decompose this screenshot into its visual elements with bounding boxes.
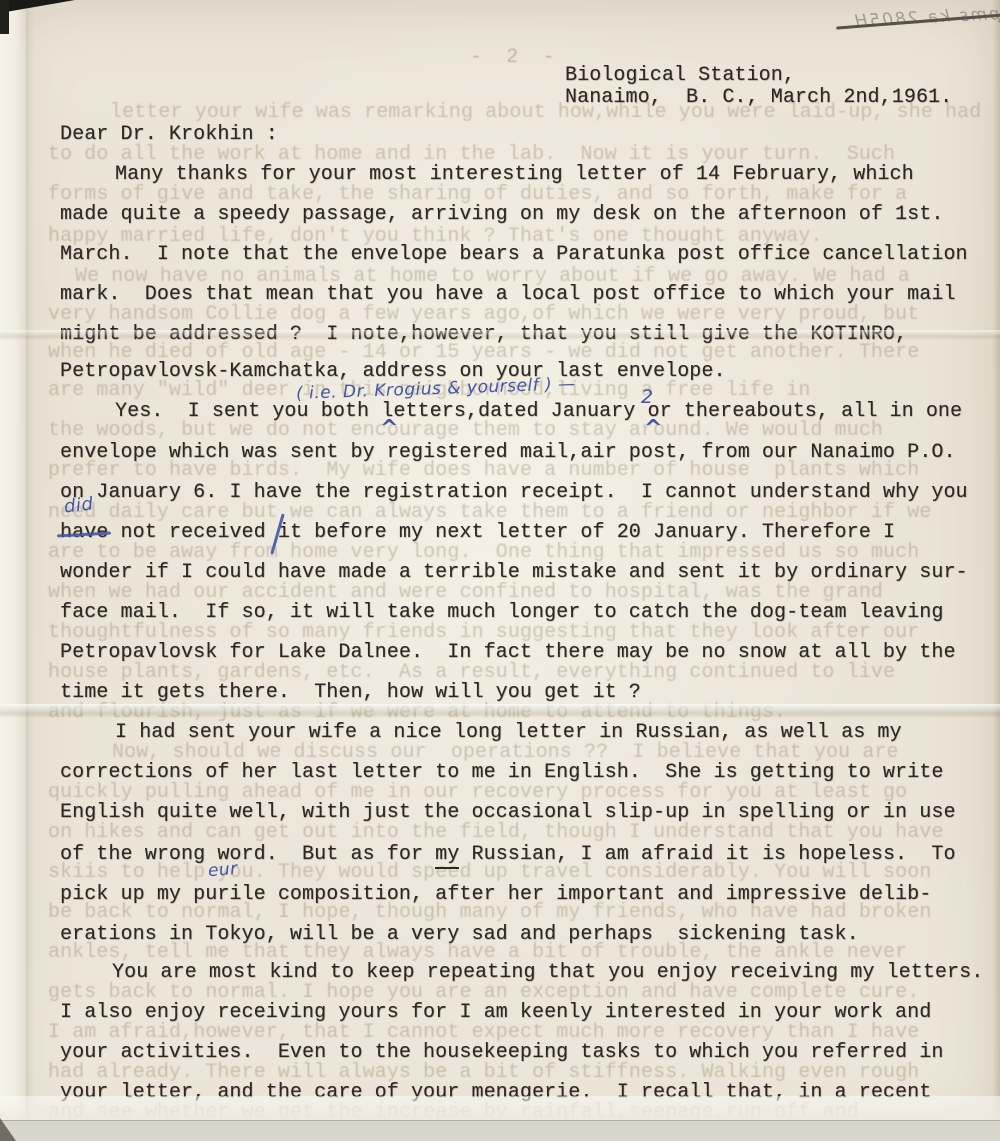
fold-crease-middle [0, 704, 1000, 718]
caret-january: ^ [644, 416, 663, 441]
paper-right-shadow [992, 0, 1000, 1141]
caret-letters: ^ [380, 416, 399, 441]
paper-left-edge [0, 0, 26, 1141]
scan-corner-bottom-left [0, 1118, 16, 1141]
inserted-number: 2 [641, 386, 654, 408]
fold-crease-upper [0, 330, 1000, 340]
annotations-layer: pms ka 2805H ( i.e. Dr. Krogius & yourse… [0, 0, 1000, 1141]
slash-received-d [270, 513, 284, 554]
scan-bottom-edge [0, 1120, 1000, 1141]
scan-corner-top-left-2 [0, 0, 9, 34]
insertion-note: ( i.e. Dr. Krogius & yourself ) — [296, 374, 576, 404]
letter-page: - 2 - letter your wife was remarking abo… [0, 0, 1000, 1141]
correction-did: did [63, 494, 94, 518]
fold-crease-lower [0, 1096, 1000, 1120]
scan-corner-top-left [0, 0, 75, 13]
correction-eur: eur [207, 859, 238, 882]
